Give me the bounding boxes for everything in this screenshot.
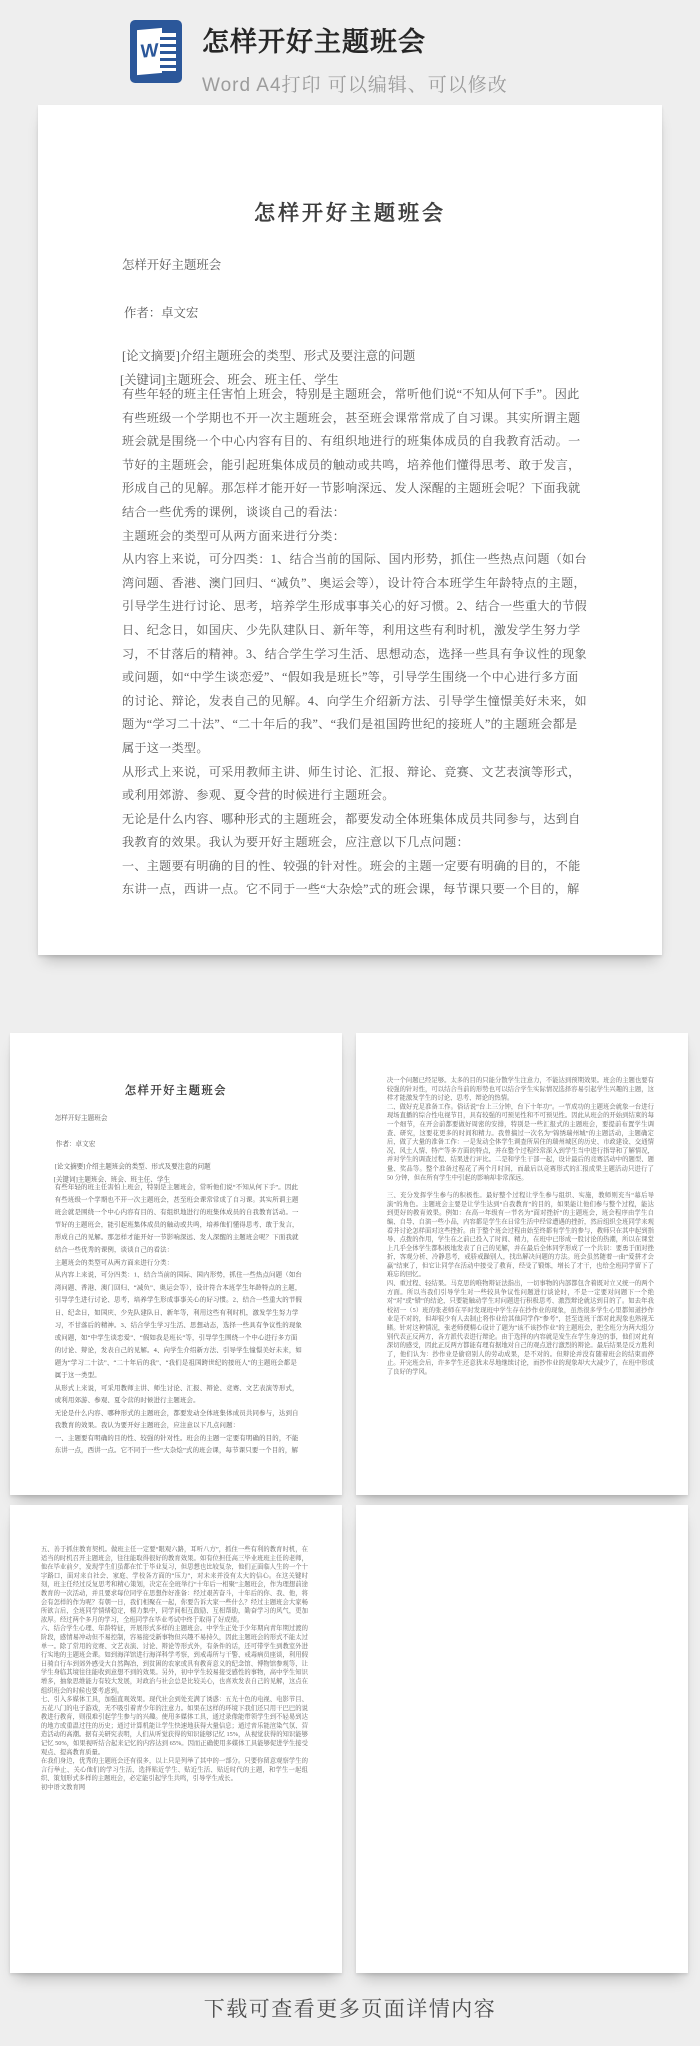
doc-body: 有些年轻的班主任害怕上班会，特别是主题班会，常听他们说“不知从何下手”。因此有些… [122,383,594,902]
header-text: 怎样开好主题班会 Word A4打印 可以编辑、可以修改 [202,20,508,97]
doc-text-line: 主题班会的类型可从两方面来进行分类： [55,1256,306,1269]
doc-text-line: 结合一些优秀的课例，谈谈自己的看法： [122,501,594,525]
doc-text-line: 有些年轻的班主任害怕上班会，特别是主题班会，常听他们说“不知从何下手”。因此 [122,383,594,407]
doc-text-line: 班会就是围绕一个中心内容有目的、有组织地进行的班集体成员的自我教育活动。一 [55,1206,306,1219]
doc-text-line: 或利用郊游、参观、夏令营的时候进行主题班会。 [55,1394,306,1407]
doc-text-line: 在我们身边，优秀的主题班会还有很多，以上只是列举了其中的一部分。只要你留意观察学… [41,1756,308,1782]
doc-text-line: 或问题，如“中学生谈恋爱”、“假如我是班长”等，引导学生围绕一个中心进行多方面 [55,1332,306,1345]
doc-text-line: 有些班级一个学期也不开一次主题班会，甚至班会课常常成了自习课。其实所谓主题 [122,407,594,431]
file-format-subtitle: Word A4打印 可以编辑、可以修改 [202,70,508,97]
word-file-icon: W [130,20,182,83]
doc-text-line: 决一个问题已经足够。太多的目的只能分散学生注意力，不能达到预期效果。班会的主题也… [387,1076,654,1102]
doc-text-line: 形成自己的见解。那怎样才能开好一节影响深远、发人深醒的主题班会呢？下面我就 [122,477,594,501]
doc-text-line: 引导学生进行讨论、思考，培养学生形成事事关心的好习惯。2、结合一些重大的节假 [122,595,594,619]
doc-subtitle-line: 怎样开好主题班会 [55,1113,108,1123]
doc-title: 怎样开好主题班会 [38,197,662,227]
download-hint: 下载可查看更多页面详情内容 [0,1993,700,2023]
doc-text-line: 习，不甘落后的精神。3、结合学生学习生活、思想动态，选择一些具有争议性的现象 [55,1319,306,1332]
doc-text-line: 的讨论、辩论，发表自己的见解。4、向学生介绍新方法、引导学生憧憬美好未来，如 [122,690,594,714]
doc-abstract: [论文摘要]介绍主题班会的类型、形式及要注意的问题 [55,1161,211,1171]
doc-text-line: 五、善于抓住教育契机。做班主任一定要“眼观六路，耳听八方”，抓住一些有利的教育时… [41,1544,308,1623]
doc-subtitle-line: 怎样开好主题班会 [122,255,221,273]
doc-text-line: 日、纪念日，如国庆、少先队建队日、新年等，利用这些有利时机，激发学生努力学 [55,1306,306,1319]
doc-text-line: 的讨论、辩论，发表自己的见解。4、向学生介绍新方法、引导学生憧憬美好未来，如 [55,1344,306,1357]
word-icon-letter: W [141,40,159,64]
doc-text-line: 从内容上来说，可分四类：1、结合当前的国际、国内形势，抓住一些热点问题（如台 [55,1269,306,1282]
page-thumbnail-3[interactable]: 五、善于抓住教育契机。做班主任一定要“眼观六路，耳听八方”，抓住一些有利的教育时… [10,1505,342,1973]
doc-author: 作者：卓文宏 [56,1138,96,1148]
doc-text-line: 初中语文教育网 [41,1783,308,1792]
doc-text-line: 或利用郊游、参观、夏令营的时候进行主题班会。 [122,784,594,808]
doc-text-line: 属于这一类型。 [55,1369,306,1382]
doc-text-line: 四、重过程、轻结果。马克思的唯物辩证法指出，一切事物的内部都包含着既对立又统一的… [387,1279,654,1376]
doc-text-line: 从形式上来说，可采用教师主讲、师生讨论、汇报、辩论、竞赛、文艺表演等形式， [55,1382,306,1395]
doc-text-line: 二、做好充足准备工作。俗话说“台上三分钟，台下十年功”。一节成功的主题班会就象一… [387,1102,654,1181]
doc-text-line: 题为“学习二十法”、“二十年后的我”、“我们是祖国跨世纪的接班人”的主题班会都是 [55,1357,306,1370]
document-preview-page: W 怎样开好主题班会 Word A4打印 可以编辑、可以修改 怎样开好主题班会 … [0,0,700,2046]
doc-text-line: 节好的主题班会，能引起班集体成员的触动或共鸣，培养他们懂得思考、敢于发言， [55,1219,306,1232]
doc-text-line: 一、主题要有明确的目的性、较强的针对性。班会的主题一定要有明确的目的，不能 [122,855,594,879]
doc-body: 有些年轻的班主任害怕上班会，特别是主题班会，常听他们说“不知从何下手”。因此有些… [55,1181,306,1457]
header: W 怎样开好主题班会 Word A4打印 可以编辑、可以修改 [130,20,508,97]
page-thumbnail-4-blank[interactable] [356,1505,688,1973]
word-icon-doc-lines [160,33,176,71]
doc-text-line: 我教育的效果。我认为要开好主题班会，应注意以下几点问题： [122,831,594,855]
doc-text-line: 无论是什么内容、哪种形式的主题班会，都要发动全体班集体成员共同参与，达到自 [122,808,594,832]
page-thumbnail-1[interactable]: 怎样开好主题班会 怎样开好主题班会 作者：卓文宏 [论文摘要]介绍主题班会的类型… [10,1033,342,1495]
doc-text-line: 节好的主题班会，能引起班集体成员的触动或共鸣，培养他们懂得思考、敢于发言， [122,454,594,478]
page1-thumb-content: 怎样开好主题班会 怎样开好主题班会 作者：卓文宏 [论文摘要]介绍主题班会的类型… [10,1033,342,1485]
doc-text-line: 日、纪念日，如国庆、少先队建队日、新年等，利用这些有利时机，激发学生努力学 [122,619,594,643]
doc-text-line: 东讲一点，西讲一点。它不同于一些“大杂烩”式的班会课，每节课只要一个目的，解 [122,878,594,902]
doc-text-line: 或问题，如“中学生谈恋爱”、“假如我是班长”等，引导学生围绕一个中心进行多方面 [122,666,594,690]
doc-text-line: 湾问题、香港、澳门回归、“减负”、奥运会等），设计符合本班学生年龄特点的主题， [55,1281,306,1294]
doc-text-line: 有些年轻的班主任害怕上班会，特别是主题班会，常听他们说“不知从何下手”。因此 [55,1181,306,1194]
doc-title: 怎样开好主题班会 [10,1082,342,1098]
doc-text-line: 六、结合学生心理、年龄特征，开展形式多样的主题班会。中学生正处于少年期向青年期过… [41,1624,308,1695]
doc-text-line: 引导学生进行讨论、思考，培养学生形成事事关心的好习惯。2、结合一些重大的节假 [55,1294,306,1307]
doc-text-line: 有些班级一个学期也不开一次主题班会，甚至班会课常常成了自习课。其实所谓主题 [55,1193,306,1206]
page2-thumb-content: 决一个问题已经足够。太多的目的只能分散学生注意力，不能达到预期效果。班会的主题也… [356,1033,688,1495]
doc-abstract: [论文摘要]介绍主题班会的类型、形式及要注意的问题 [122,346,415,364]
doc-text-line: 题为“学习二十法”、“二十年后的我”、“我们是祖国跨世纪的接班人”的主题班会都是 [122,713,594,737]
doc-text-line: 属于这一类型。 [122,737,594,761]
doc-author: 作者：卓文宏 [124,303,198,321]
doc-text-line: 从形式上来说，可采用教师主讲、师生讨论、汇报、辩论、竞赛、文艺表演等形式， [122,761,594,785]
page1-content: 怎样开好主题班会 怎样开好主题班会 作者：卓文宏 [论文摘要]介绍主题班会的类型… [10,1033,342,1485]
word-icon-page: W [137,28,162,75]
page3-thumb-content: 五、善于抓住教育契机。做班主任一定要“眼观六路，耳听八方”，抓住一些有利的教育时… [10,1505,342,1973]
doc-text-line: 从内容上来说，可分四类：1、结合当前的国际、国内形势，抓住一些热点问题（如台 [122,548,594,572]
doc-text-line: 湾问题、香港、澳门回归、“减负”、奥运会等），设计符合本班学生年龄特点的主题， [122,572,594,596]
doc-text-line: 班会就是围绕一个中心内容有目的、有组织地进行的班集体成员的自我教育活动。一 [122,430,594,454]
doc-text-line: 无论是什么内容、哪种形式的主题班会，都要发动全体班集体成员共同参与，达到自 [55,1407,306,1420]
doc-text-line: 形成自己的见解。那怎样才能开好一节影响深远、发人深醒的主题班会呢？下面我就 [55,1231,306,1244]
doc-text-line: 主题班会的类型可从两方面来进行分类： [122,525,594,549]
doc-text-line: 结合一些优秀的课例，谈谈自己的看法： [55,1244,306,1257]
doc-text-line: 东讲一点，西讲一点。它不同于一些“大杂烩”式的班会课，每节课只要一个目的，解 [55,1444,306,1457]
doc-text-line: 一、主题要有明确的目的性、较强的针对性。班会的主题一定要有明确的目的，不能 [55,1432,306,1445]
page-thumbnail-2[interactable]: 决一个问题已经足够。太多的目的只能分散学生注意力，不能达到预期效果。班会的主题也… [356,1033,688,1495]
doc-text-line: 我教育的效果。我认为要开好主题班会，应注意以下几点问题： [55,1419,306,1432]
file-title: 怎样开好主题班会 [202,20,508,59]
doc-text-line: 七、引入多媒体工具，加强直观效果。现代社会到处充满了诱惑：五光十色的电视、电影节… [41,1694,308,1756]
doc-text-line: 习，不甘落后的精神。3、结合学生学习生活、思想动态，选择一些具有争议性的现象 [122,643,594,667]
doc-text-line: 三、充分发挥学生参与的积极性。最好整个过程让学生参与组织、实施，教师则充当“幕后… [387,1191,654,1279]
page1-content: 怎样开好主题班会 怎样开好主题班会 作者：卓文宏 [论文摘要]介绍主题班会的类型… [38,105,662,955]
page-preview-1[interactable]: 怎样开好主题班会 怎样开好主题班会 作者：卓文宏 [论文摘要]介绍主题班会的类型… [38,105,662,955]
